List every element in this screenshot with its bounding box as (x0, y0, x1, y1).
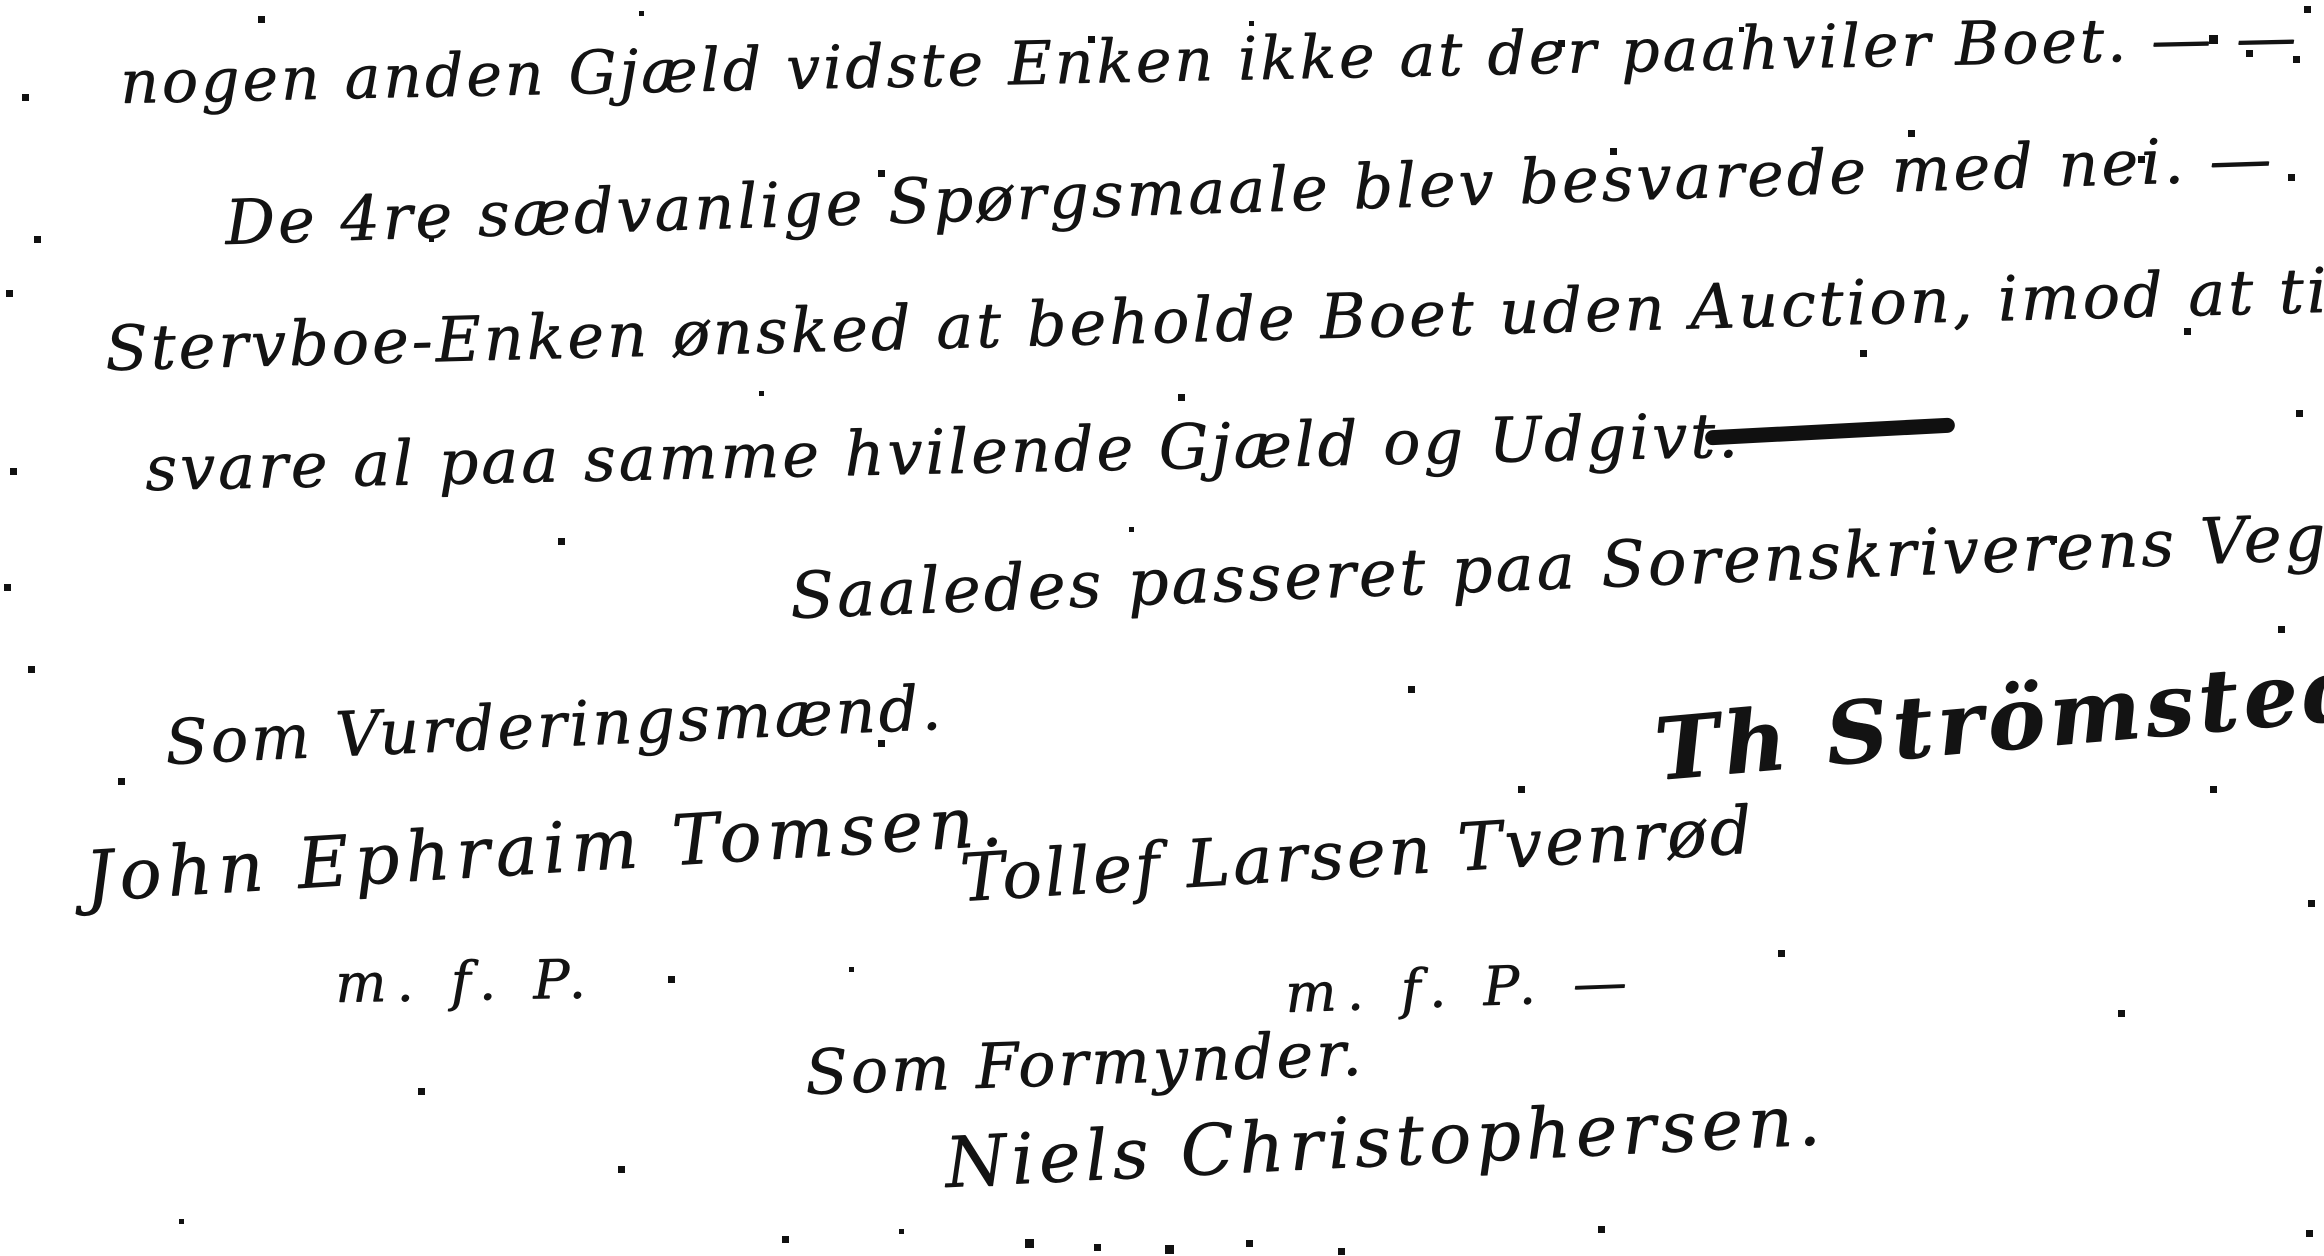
witness1-signature: John Ephraim Tomsen. (82, 780, 1010, 918)
handwriting-line-1: nogen anden Gjæld vidste Enken ikke at d… (119, 2, 2299, 118)
closing-statement-line: Saaledes passeret paa Sorenskriverens Ve… (789, 498, 2324, 634)
witness1-pen-note: m. f. P. (334, 947, 596, 1015)
guardian-section-heading: Som Formynder. (804, 1016, 1366, 1108)
handwriting-line-3: Stervboe-Enken ønsked at beholde Boet ud… (104, 253, 2324, 385)
scanned-document-page: nogen anden Gjæld vidste Enken ikke at d… (0, 0, 2324, 1256)
scan-noise-speckles (0, 0, 3, 3)
handwriting-line-4: svare al paa samme hvilende Gjæld og Udg… (144, 399, 1741, 505)
witness2-pen-note: m. f. P. — (1284, 950, 1638, 1025)
ink-flourish-dash (1705, 417, 1955, 445)
witness-section-heading: Som Vurderingsmænd. (163, 671, 945, 779)
witness2-signature: Tollef Larsen Tvenrød (958, 791, 1757, 916)
official-signature: Th Strömsted (1651, 638, 2324, 801)
handwriting-line-2: De 4re sædvanlige Spørgsmaale blev besva… (224, 122, 2275, 259)
